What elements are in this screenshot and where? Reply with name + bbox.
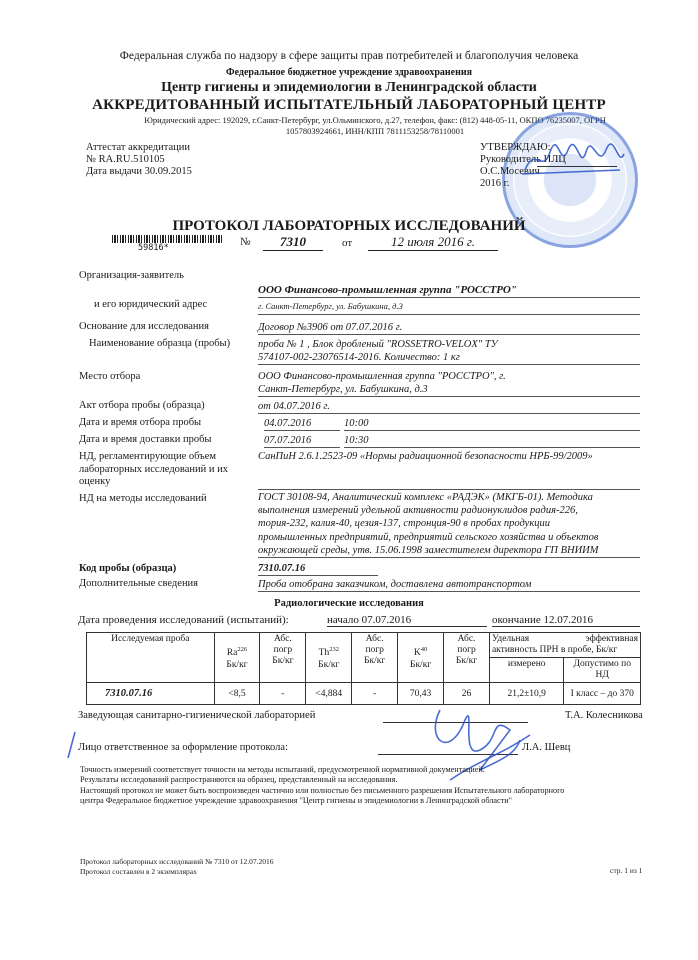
- col-th: Th232 Бк/кг: [306, 633, 352, 683]
- place-line1: ООО Финансово-промышленная группа "РОССТ…: [258, 370, 640, 383]
- place-line2: Санкт-Петербург, ул. Бабушкина, д.3: [258, 383, 640, 397]
- protocol-number-label: №: [240, 236, 251, 248]
- nd-methods-line: окружающей среды, утв. 15.06.1998 замест…: [258, 544, 640, 557]
- delivery-date: 07.07.2016: [264, 434, 340, 448]
- cell-ra-err: -: [260, 683, 306, 705]
- col-k: K40 Бк/кг: [398, 633, 444, 683]
- delivery-datetime-label: Дата и время доставки пробы: [79, 434, 211, 445]
- sampling-datetime-label: Дата и время отбора пробы: [79, 417, 201, 428]
- barcode-number: 59816*: [138, 243, 169, 253]
- results-table: Исследуемая проба Ra226 Бк/кг Абс. погр …: [86, 632, 641, 705]
- cell-ra: <8,5: [214, 683, 260, 705]
- table-header-row: Исследуемая проба Ra226 Бк/кг Абс. погр …: [87, 633, 641, 658]
- abs-err-unit: Бк/кг: [456, 656, 477, 666]
- abs-err-unit: Бк/кг: [364, 656, 385, 666]
- sampling-time: 10:00: [344, 417, 640, 431]
- nd-volume-label-line1: НД, регламентирующие объем: [79, 451, 228, 464]
- act-label: Акт отбора пробы (образца): [79, 400, 205, 411]
- th-unit: Бк/кг: [318, 660, 339, 670]
- nd-methods-line: тория-232, калия-40, цезия-137, стронция…: [258, 517, 640, 530]
- research-end-date: окончание 12.07.2016: [492, 614, 640, 627]
- sample-name-line1: проба № 1 , Блок дробленый "ROSSETRO-VEL…: [258, 338, 640, 351]
- k-unit: Бк/кг: [410, 660, 431, 670]
- accreditation-number: № RA.RU.510105: [86, 154, 192, 166]
- org-label: Организация-заявитель: [79, 270, 184, 281]
- responsible-label: Лицо ответственное за оформление протоко…: [78, 742, 288, 753]
- nd-methods-label: НД на методы исследований: [79, 493, 207, 504]
- header-agency: Федеральная служба по надзору в сфере за…: [0, 50, 698, 62]
- cell-sample: 7310.07.16: [87, 683, 215, 705]
- nd-methods-value: ГОСТ 30108-94, Аналитический комплекс «Р…: [258, 491, 640, 558]
- note-line: Настоящий протокол не может быть воспрои…: [80, 786, 660, 796]
- extra-info-label: Дополнительные сведения: [79, 578, 198, 589]
- legal-address-value: г. Санкт-Петербург, ул. Бабушкина, д.3: [258, 300, 640, 315]
- place-label: Место отбора: [79, 371, 140, 382]
- nd-methods-line: промышленных предприятий, предприятий се…: [258, 531, 640, 544]
- nd-volume-label: НД, регламентирующие объем лабораторных …: [79, 451, 228, 489]
- table-row: 7310.07.16 <8,5 - <4,884 - 70,43 26 21,2…: [87, 683, 641, 705]
- abs-err-label: погр: [365, 645, 383, 655]
- activity-label-1: Удельная: [492, 634, 529, 645]
- nd-volume-label-line3: оценку: [79, 476, 228, 489]
- approval-signature-icon: [520, 140, 630, 180]
- activity-label-2: эффективная: [586, 634, 638, 645]
- footer-protocol-ref: Протокол лабораторных исследований № 731…: [80, 857, 274, 867]
- sample-name-label: Наименование образца (пробы): [89, 338, 230, 349]
- page-number: стр. 1 из 1: [610, 866, 642, 875]
- legal-address-label: и его юридический адрес: [94, 299, 207, 310]
- sampling-date: 04.07.2016: [264, 417, 340, 431]
- basis-value: Договор №3906 от 07.07.2016 г.: [258, 321, 640, 335]
- note-line: Результаты исследований распространяются…: [80, 775, 660, 785]
- abs-err-label: погр: [457, 645, 475, 655]
- col-activity-group: Удельная эффективная активность ПРН в пр…: [489, 633, 640, 658]
- col-allowed: Допустимо по НД: [564, 658, 641, 683]
- th-mass: 232: [329, 646, 339, 653]
- ra-unit: Бк/кг: [226, 660, 247, 670]
- ra-mass: 226: [237, 646, 247, 653]
- accreditation-title: Аттестат аккредитации: [86, 142, 192, 154]
- notes-block: Точность измерений соответствует точност…: [80, 765, 660, 807]
- cell-allowed: I класс – до 370: [564, 683, 641, 705]
- abs-err-label: Абс.: [274, 634, 292, 644]
- abs-err-label: Абс.: [458, 634, 476, 644]
- col-th-err: Абс. погр Бк/кг: [352, 633, 398, 683]
- protocol-number: 7310: [263, 234, 323, 251]
- org-value: ООО Финансово-промышленная группа "РОССТ…: [258, 284, 640, 298]
- note-line: Точность измерений соответствует точност…: [80, 765, 660, 775]
- sample-name-line2: 574107-002-23076514-2016. Количество: 1 …: [258, 351, 640, 365]
- act-value: от 04.07.2016 г.: [258, 400, 640, 414]
- col-ra: Ra226 Бк/кг: [214, 633, 260, 683]
- activity-header-top: Удельная эффективная: [492, 634, 638, 645]
- accreditation-date: Дата выдачи 30.09.2015: [86, 166, 192, 178]
- protocol-date: 12 июля 2016 г.: [368, 234, 498, 251]
- col-measured: измерено: [489, 658, 563, 683]
- delivery-time: 10:30: [344, 434, 640, 448]
- footer-block: Протокол лабораторных исследований № 731…: [80, 857, 274, 876]
- note-line: центра Федеральное бюджетное учреждение …: [80, 796, 660, 806]
- header-institution-name: Центр гигиены и эпидемиологии в Ленингра…: [0, 80, 698, 96]
- accreditation-block: Аттестат аккредитации № RA.RU.510105 Дат…: [86, 142, 192, 178]
- research-dates-label: Дата проведения исследований (испытаний)…: [78, 614, 289, 626]
- abs-err-label: погр: [274, 645, 292, 655]
- k-symbol: K: [414, 649, 421, 659]
- col-sample: Исследуемая проба: [87, 633, 215, 683]
- nd-methods-line: выполнения измерений удельной активности…: [258, 504, 640, 517]
- cell-th-err: -: [352, 683, 398, 705]
- code-label: Код пробы (образца): [79, 563, 176, 574]
- protocol-title: ПРОТОКОЛ ЛАБОРАТОРНЫХ ИССЛЕДОВАНИЙ: [0, 218, 698, 235]
- header-lab-center: АККРЕДИТОВАННЫЙ ИСПЫТАТЕЛЬНЫЙ ЛАБОРАТОРН…: [0, 97, 698, 114]
- research-section-title: Радиологические исследования: [0, 598, 698, 609]
- head-lab-label: Заведующая санитарно-гигиенической лабор…: [78, 710, 315, 721]
- nd-methods-line: ГОСТ 30108-94, Аналитический комплекс «Р…: [258, 491, 640, 504]
- header-institution-type: Федеральное бюджетное учреждение здравоо…: [0, 67, 698, 78]
- head-lab-name: Т.А. Колесникова: [565, 710, 643, 721]
- barcode-icon: [112, 235, 224, 243]
- col-ra-err: Абс. погр Бк/кг: [260, 633, 306, 683]
- cell-th: <4,884: [306, 683, 352, 705]
- footer-copies: Протокол составлен в 2 экземплярах: [80, 867, 274, 877]
- nd-volume-label-line2: лабораторных исследований и их: [79, 464, 228, 477]
- code-value: 7310.07.16: [258, 562, 378, 576]
- col-k-err: Абс. погр Бк/кг: [444, 633, 490, 683]
- nd-volume-value: СанПиН 2.6.1.2523-09 «Нормы радиационной…: [258, 450, 640, 463]
- basis-label: Основание для исследования: [79, 321, 209, 332]
- protocol-date-label: от: [342, 237, 352, 249]
- abs-err-unit: Бк/кг: [272, 656, 293, 666]
- activity-label-3: активность ПРН в пробе, Бк/кг: [492, 645, 638, 656]
- k-mass: 40: [421, 646, 428, 653]
- research-start-date: начало 07.07.2016: [327, 614, 487, 627]
- ra-symbol: Ra: [227, 649, 238, 659]
- th-symbol: Th: [319, 649, 330, 659]
- margin-mark-icon: [65, 730, 77, 760]
- extra-info-value: Проба отобрана заказчиком, доставлена ав…: [258, 578, 640, 592]
- abs-err-label: Абс.: [366, 634, 384, 644]
- nd-methods-top-line: [258, 489, 640, 490]
